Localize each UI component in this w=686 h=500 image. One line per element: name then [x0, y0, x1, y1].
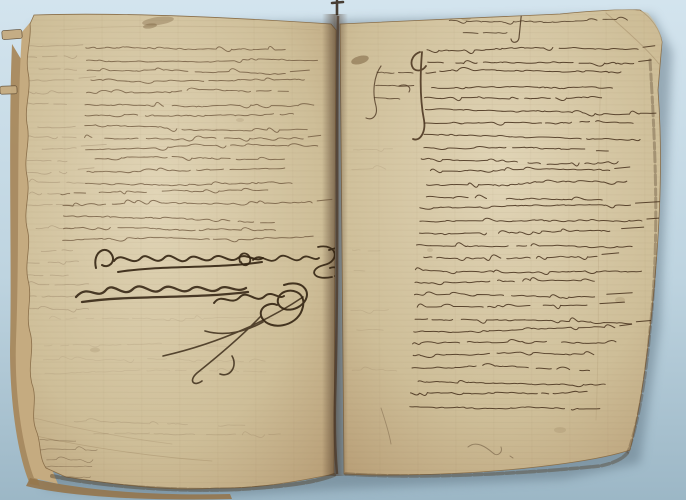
manuscript-spread: [0, 0, 686, 500]
left-page: [26, 14, 336, 490]
ink-stain: [90, 348, 100, 353]
manuscript-photo: [0, 0, 686, 500]
fore-edge-tab-1: [2, 29, 23, 39]
ink-stain: [554, 427, 566, 433]
fore-edge-tab-2: [0, 86, 17, 95]
binding-gutter: [322, 14, 348, 476]
ink-stain: [236, 118, 244, 122]
ink-stain: [427, 248, 433, 252]
